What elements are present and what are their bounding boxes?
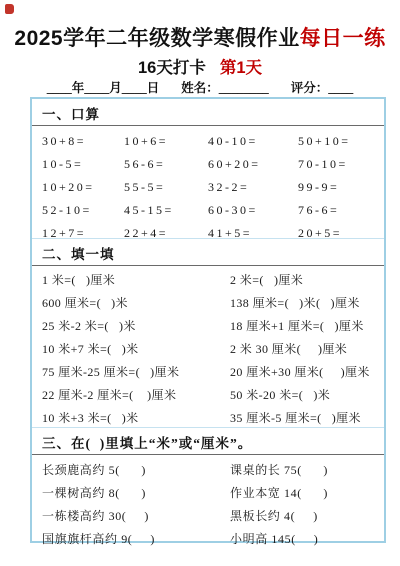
section-oral-calc: 一、口算 30+8= 10+6= 40-10= 50+10= 10-5= 56-… (32, 99, 384, 238)
name-blank: 姓名：________ (181, 78, 269, 96)
fill-item: 50 米-20 米=( )米 (230, 384, 384, 407)
oral-problem: 10+20= (42, 176, 124, 199)
section-oral-title: 一、口算 (32, 99, 384, 126)
fill-item: 20 厘米+30 厘米( )厘米 (230, 361, 384, 384)
oral-problem: 60+20= (208, 153, 298, 176)
oral-problem: 99-9= (298, 176, 384, 199)
unit-item: 黑板长约 4( ) (230, 505, 384, 528)
fill-item: 1 米=( )厘米 (42, 269, 230, 292)
date-name-score-line: ____年____月____日 姓名：________ 评分：____ (0, 78, 400, 96)
score-blank: 评分：____ (291, 78, 354, 96)
section-fill-blanks: 二、填一填 1 米=( )厘米 2 米=( )厘米 600 厘米=( )米 13… (32, 238, 384, 427)
oral-problem: 40-10= (208, 130, 298, 153)
fill-item: 138 厘米=( )米( )厘米 (230, 292, 384, 315)
fill-item-grid: 1 米=( )厘米 2 米=( )厘米 600 厘米=( )米 138 厘米=(… (32, 266, 384, 430)
oral-problem: 10-5= (42, 153, 124, 176)
oral-problem: 76-6= (298, 199, 384, 222)
page-title-main: 2025学年二年级数学寒假作业 (14, 27, 299, 50)
oral-problem: 30+8= (42, 130, 124, 153)
fill-item: 2 米 30 厘米( )厘米 (230, 338, 384, 361)
section-unit-title: 三、在( )里填上“米”或“厘米”。 (32, 428, 384, 455)
subtitle-main: 16天打卡 (138, 59, 206, 77)
fill-item: 600 厘米=( )米 (42, 292, 230, 315)
oral-problem: 55-5= (124, 176, 208, 199)
oral-problem: 60-30= (208, 199, 298, 222)
oral-problem-grid: 30+8= 10+6= 40-10= 50+10= 10-5= 56-6= 60… (32, 126, 384, 245)
worksheet-body-box: 一、口算 30+8= 10+6= 40-10= 50+10= 10-5= 56-… (30, 97, 386, 543)
page-subtitle: 16天打卡第1天 (0, 54, 400, 78)
oral-problem: 52-10= (42, 199, 124, 222)
subtitle-accent: 第1天 (220, 59, 262, 77)
unit-item: 一棵树高约 8( ) (42, 482, 230, 505)
unit-item: 小明高 145( ) (230, 528, 384, 551)
oral-problem: 70-10= (298, 153, 384, 176)
oral-problem: 32-2= (208, 176, 298, 199)
red-corner-mark (5, 4, 14, 14)
unit-item: 一栋楼高约 30( ) (42, 505, 230, 528)
fill-item: 22 厘米-2 厘米=( )厘米 (42, 384, 230, 407)
unit-item: 国旗旗杆高约 9( ) (42, 528, 230, 551)
page-title: 2025学年二年级数学寒假作业每日一练 (0, 22, 400, 52)
fill-item: 75 厘米-25 厘米=( )厘米 (42, 361, 230, 384)
oral-problem: 10+6= (124, 130, 208, 153)
page-title-accent: 每日一练 (300, 27, 386, 50)
section-fill-title: 二、填一填 (32, 239, 384, 266)
worksheet-page: 2025学年二年级数学寒假作业每日一练 16天打卡第1天 ____年____月_… (0, 0, 400, 566)
oral-problem: 56-6= (124, 153, 208, 176)
unit-item-grid: 长颈鹿高约 5( ) 课桌的长 75( ) 一棵树高约 8( ) 作业本宽 14… (32, 455, 384, 551)
section-choose-unit: 三、在( )里填上“米”或“厘米”。 长颈鹿高约 5( ) 课桌的长 75( )… (32, 427, 384, 551)
unit-item: 长颈鹿高约 5( ) (42, 459, 230, 482)
date-blanks: ____年____月____日 (47, 78, 160, 96)
fill-item: 25 米-2 米=( )米 (42, 315, 230, 338)
fill-item: 2 米=( )厘米 (230, 269, 384, 292)
fill-item: 18 厘米+1 厘米=( )厘米 (230, 315, 384, 338)
unit-item: 课桌的长 75( ) (230, 459, 384, 482)
unit-item: 作业本宽 14( ) (230, 482, 384, 505)
fill-item: 10 米+7 米=( )米 (42, 338, 230, 361)
oral-problem: 50+10= (298, 130, 384, 153)
oral-problem: 45-15= (124, 199, 208, 222)
